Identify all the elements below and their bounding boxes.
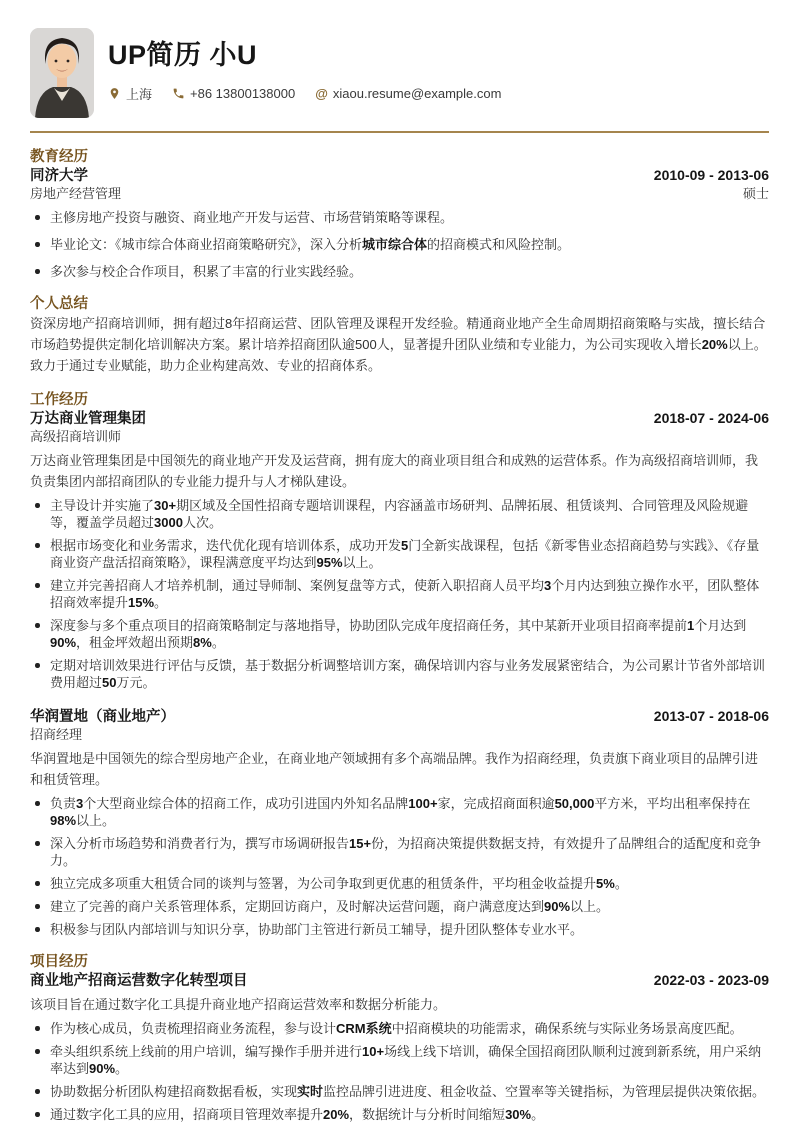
job-description: 华润置地是中国领先的综合型房地产企业，在商业地产领域拥有多个高端品牌。我作为招商… xyxy=(30,748,769,790)
job-date: 2018-07 - 2024-06 xyxy=(654,409,769,427)
contact-email: @ xiaou.resume@example.com xyxy=(315,86,501,101)
bullet-item: 负责3个大型商业综合体的招商工作，成功引进国内外知名品牌100+家，完成招商面积… xyxy=(30,795,769,829)
bullet-item: 多次参与校企合作项目，积累了丰富的行业实践经验。 xyxy=(30,263,769,280)
contact-row: 上海 +86 13800138000 @ xiaou.resume@exampl… xyxy=(108,84,501,103)
job-bullets: 主导设计并实施了30+期区域及全国性招商专题培训课程，内容涵盖市场研判、品牌拓展… xyxy=(30,497,769,691)
job-date: 2013-07 - 2018-06 xyxy=(654,707,769,725)
bullet-item: 定期对培训效果进行评估与反馈，基于数据分析调整培训方案，确保培训内容与业务发展紧… xyxy=(30,657,769,691)
portrait-illustration xyxy=(30,28,94,118)
job-entry: 万达商业管理集团 2018-07 - 2024-06 高级招商培训师 万达商业管… xyxy=(30,409,769,691)
bullet-item: 独立完成多项重大租赁合同的谈判与签署，为公司争取到更优惠的租赁条件，平均租金收益… xyxy=(30,875,769,892)
section-work: 工作经历 万达商业管理集团 2018-07 - 2024-06 高级招商培训师 … xyxy=(30,391,769,938)
education-sub-row: 房地产经营管理 硕士 xyxy=(30,185,769,203)
project-entry: 商业地产招商运营数字化转型项目 2022-03 - 2023-09 该项目旨在通… xyxy=(30,971,769,1123)
job-role-row: 招商经理 xyxy=(30,726,769,744)
job-description: 万达商业管理集团是中国领先的商业地产开发及运营商，拥有庞大的商业项目组合和成熟的… xyxy=(30,450,769,492)
candidate-name: UP简历 小U xyxy=(108,38,501,72)
section-education: 教育经历 同济大学 2010-09 - 2013-06 房地产经营管理 硕士 主… xyxy=(30,148,769,280)
summary-text: 资深房地产招商培训师，拥有超过8年招商运营、团队管理及课程开发经验。精通商业地产… xyxy=(30,313,769,376)
bullet-item: 积极参与团队内部培训与知识分享，协助部门主管进行新员工辅导，提升团队整体专业水平… xyxy=(30,921,769,938)
header-section: UP简历 小U 上海 +86 13800 xyxy=(30,28,769,118)
projects-section-title: 项目经历 xyxy=(30,953,769,971)
bullet-item: 建立了完善的商户关系管理体系，定期回访商户，及时解决运营问题，商户满意度达到90… xyxy=(30,898,769,915)
phone-icon xyxy=(172,87,185,100)
bullet-item: 深入分析市场趋势和消费者行为，撰写市场调研报告15+份，为招商决策提供数据支持，… xyxy=(30,835,769,869)
company-name: 华润置地（商业地产） xyxy=(30,708,175,726)
summary-section-title: 个人总结 xyxy=(30,295,769,313)
project-description: 该项目旨在通过数字化工具提升商业地产招商运营效率和数据分析能力。 xyxy=(30,994,769,1015)
bullet-item: 牵头组织系统上线前的用户培训，编写操作手册并进行10+场线上线下培训，确保全国招… xyxy=(30,1043,769,1077)
at-icon: @ xyxy=(315,86,328,101)
education-major: 房地产经营管理 xyxy=(30,185,121,203)
education-date: 2010-09 - 2013-06 xyxy=(654,166,769,184)
school-name: 同济大学 xyxy=(30,167,88,185)
project-name: 商业地产招商运营数字化转型项目 xyxy=(30,972,248,990)
project-bullets: 作为核心成员，负责梳理招商业务流程，参与设计CRM系统中招商模块的功能需求，确保… xyxy=(30,1020,769,1123)
location-pin-icon xyxy=(108,87,121,100)
job-bullets: 负责3个大型商业综合体的招商工作，成功引进国内外知名品牌100+家，完成招商面积… xyxy=(30,795,769,938)
job-role-row: 高级招商培训师 xyxy=(30,428,769,446)
bullet-item: 协助数据分析团队构建招商数据看板，实现实时监控品牌引进进度、租金收益、空置率等关… xyxy=(30,1083,769,1100)
section-summary: 个人总结 资深房地产招商培训师，拥有超过8年招商运营、团队管理及课程开发经验。精… xyxy=(30,295,769,376)
education-header-row: 同济大学 2010-09 - 2013-06 xyxy=(30,166,769,185)
project-date: 2022-03 - 2023-09 xyxy=(654,971,769,989)
bullet-item: 根据市场变化和业务需求，迭代优化现有培训体系，成功开发5门全新实战课程，包括《新… xyxy=(30,537,769,571)
contact-location: 上海 xyxy=(108,84,152,103)
header-divider xyxy=(30,131,769,133)
project-header-row: 商业地产招商运营数字化转型项目 2022-03 - 2023-09 xyxy=(30,971,769,990)
header-info: UP简历 小U 上海 +86 13800 xyxy=(108,28,501,103)
education-bullets: 主修房地产投资与融资、商业地产开发与运营、市场营销策略等课程。毕业论文：《城市综… xyxy=(30,209,769,280)
bullet-item: 建立并完善招商人才培养机制，通过导师制、案例复盘等方式，使新入职招商人员平均3个… xyxy=(30,577,769,611)
job-header-row: 华润置地（商业地产） 2013-07 - 2018-06 xyxy=(30,707,769,726)
profile-photo xyxy=(30,28,94,118)
job-entry: 华润置地（商业地产） 2013-07 - 2018-06 招商经理 华润置地是中… xyxy=(30,707,769,938)
bullet-item: 通过数字化工具的应用，招商项目管理效率提升20%，数据统计与分析时间缩短30%。 xyxy=(30,1106,769,1123)
resume-page: UP简历 小U 上海 +86 13800 xyxy=(0,0,799,1123)
education-section-title: 教育经历 xyxy=(30,148,769,166)
bullet-item: 毕业论文：《城市综合体商业招商策略研究》，深入分析城市综合体的招商模式和风险控制… xyxy=(30,236,769,253)
bullet-item: 主修房地产投资与融资、商业地产开发与运营、市场营销策略等课程。 xyxy=(30,209,769,226)
work-section-title: 工作经历 xyxy=(30,391,769,409)
bullet-item: 作为核心成员，负责梳理招商业务流程，参与设计CRM系统中招商模块的功能需求，确保… xyxy=(30,1020,769,1037)
education-degree: 硕士 xyxy=(743,185,769,203)
job-role: 高级招商培训师 xyxy=(30,428,121,446)
company-name: 万达商业管理集团 xyxy=(30,410,146,428)
bullet-item: 深度参与多个重点项目的招商策略制定与落地指导，协助团队完成年度招商任务，其中某新… xyxy=(30,617,769,651)
email-text: xiaou.resume@example.com xyxy=(333,86,502,101)
job-header-row: 万达商业管理集团 2018-07 - 2024-06 xyxy=(30,409,769,428)
phone-text: +86 13800138000 xyxy=(190,86,295,101)
job-role: 招商经理 xyxy=(30,726,82,744)
section-projects: 项目经历 商业地产招商运营数字化转型项目 2022-03 - 2023-09 该… xyxy=(30,953,769,1123)
location-text: 上海 xyxy=(126,84,152,103)
bullet-item: 主导设计并实施了30+期区域及全国性招商专题培训课程，内容涵盖市场研判、品牌拓展… xyxy=(30,497,769,531)
contact-phone: +86 13800138000 xyxy=(172,86,295,101)
